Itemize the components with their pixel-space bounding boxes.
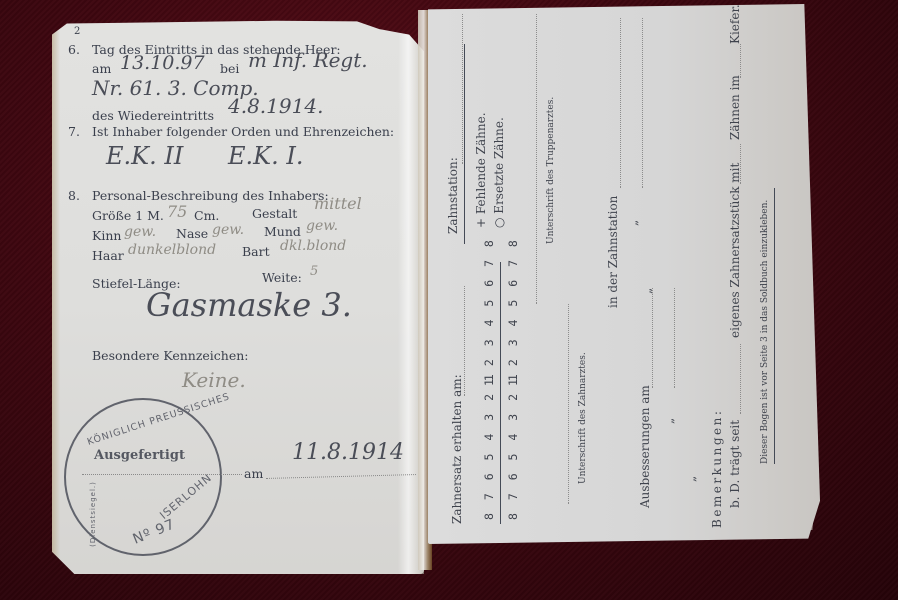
ditto-mark-4: „ [684, 476, 698, 482]
nose-value: gew. [212, 222, 244, 238]
remarks-label: Bemerkungen: [710, 409, 724, 528]
reentry-date: 4.8.1914. [228, 94, 323, 118]
height-label: Größe 1 M. [92, 208, 164, 223]
boot-width-label: Weite: [262, 270, 302, 285]
dental-upper-left: 8 7 6 5 4 3 2 1 [482, 371, 496, 520]
missing-teeth-symbol: + [474, 218, 488, 228]
replaced-teeth-text: Ersetzte Zähne. [492, 117, 506, 214]
height-value: 75 [167, 202, 187, 221]
zahnstation-label: Zahnstation: [446, 157, 460, 234]
zahnstation-line [462, 14, 463, 164]
legend-missing: + Fehlende Zähne. [474, 112, 488, 228]
hair-label: Haar [92, 248, 124, 263]
issued-date-line [266, 474, 416, 479]
dental-lower-right: 1 2 3 4 5 6 7 8 [506, 237, 520, 386]
stamp-city-text: ISERLOHN [157, 471, 214, 522]
repairs-line-2 [674, 288, 675, 388]
ditto-mark-3: „ [662, 418, 676, 424]
troop-doctor-signature-line [536, 14, 537, 304]
item6-number: 6. [68, 42, 80, 57]
build-value: mittel [314, 194, 362, 213]
footer-instruction: Dieser Bogen ist vor Seite 3 in das Sold… [760, 200, 770, 464]
issued-am-label: am [244, 466, 263, 481]
entry-date: 13.10.97 [120, 52, 205, 74]
chin-label: Kinn [92, 228, 121, 243]
own-denture-label: eigenes Zahnersatzstück mit [728, 163, 742, 338]
beard-value: dkl.blond [280, 238, 346, 254]
special-marks-label: Besondere Kennzeichen: [92, 348, 249, 363]
award-ek2: E.K. II [106, 142, 183, 170]
zahnstation-row1-line [620, 18, 621, 188]
award-ek1: E.K. I. [228, 142, 303, 170]
dental-upper-right: 1 2 3 4 5 6 7 8 [482, 237, 496, 386]
zahnstation-underline [464, 44, 465, 244]
repairs-line-1 [652, 288, 653, 388]
mouth-label: Mund [264, 224, 301, 239]
hair-value: dunkelblond [128, 242, 216, 258]
item7-label: Ist Inhaber folgender Orden und Ehrenzei… [92, 124, 394, 139]
chin-value: gew. [124, 224, 156, 240]
signature-line [82, 474, 242, 475]
jaw-label: Kiefer. [728, 4, 742, 44]
build-label: Gestalt [252, 206, 297, 221]
mouth-value: gew. [306, 218, 338, 234]
cm-label: Cm. [194, 208, 219, 223]
right-page-rotated-content: Zahnstation: + Fehlende Zähne. ○ Ersetzt… [428, 4, 820, 544]
troop-doctor-signature-label: Unterschrift des Truppenarztes. [546, 97, 556, 244]
item8-number: 8. [68, 188, 80, 203]
special-marks-value: Keine. [182, 368, 246, 392]
page-number: 2 [74, 26, 80, 37]
zahnersatz-label: Zahnersatz erhalten am: [450, 374, 464, 524]
dental-divider [500, 262, 501, 524]
item6-bei-label: bei [220, 61, 239, 76]
remarks-line-label: b. D. trägt seit [728, 420, 742, 508]
zahnstation-row2-line [642, 18, 643, 188]
left-page: 2 6. Tag des Eintritts in das stehende H… [52, 18, 424, 574]
remarks-date-line [740, 344, 741, 414]
gasmask-note: Gasmaske 3. [146, 286, 352, 324]
stamp-top-text: KÖNIGLICH PREUSSISCHES [86, 391, 231, 448]
footer-underline [774, 188, 775, 464]
stamp-side-text: (Dienstsiegel.) [89, 481, 97, 547]
entry-regiment: m Inf. Regt. [248, 48, 368, 72]
item6-am-label: am [92, 61, 111, 76]
item7-number: 7. [68, 124, 80, 139]
dental-lower-left: 8 7 6 5 4 3 2 1 [506, 371, 520, 520]
nose-label: Nase [176, 226, 208, 241]
replaced-teeth-symbol: ○ [492, 218, 506, 228]
dentist-signature-label: Unterschrift des Zahnarztes. [578, 352, 588, 484]
page-edge-stain [52, 18, 60, 574]
issued-date: 11.8.1914 [292, 440, 404, 465]
dentist-signature-line [568, 304, 569, 504]
missing-teeth-text: Fehlende Zähne. [474, 112, 488, 214]
jaw-line [740, 44, 741, 78]
teeth-count-line [740, 144, 741, 184]
boot-width-value: 5 [310, 264, 318, 279]
in-zahnstation-label: in der Zahnstation [606, 196, 620, 308]
teeth-in-label: Zähnen im [728, 75, 742, 140]
legend-replaced: ○ Ersetzte Zähne. [492, 117, 506, 228]
repairs-label: Ausbesserungen am [638, 385, 652, 508]
ditto-mark-1: „ [626, 220, 640, 226]
right-page: Zahnstation: + Fehlende Zähne. ○ Ersetzt… [428, 4, 820, 544]
zahnersatz-line [464, 286, 465, 396]
reentry-label: des Wiedereintritts [92, 108, 214, 123]
item8-label: Personal-Beschreibung des Inhabers: [92, 188, 329, 203]
stamp-number: Nº 97 [131, 516, 178, 547]
stamp-center-text: Ausgefertigt [94, 448, 185, 463]
official-seal-stamp: KÖNIGLICH PREUSSISCHES Ausgefertigt ISER… [64, 398, 222, 556]
beard-label: Bart [242, 244, 270, 259]
